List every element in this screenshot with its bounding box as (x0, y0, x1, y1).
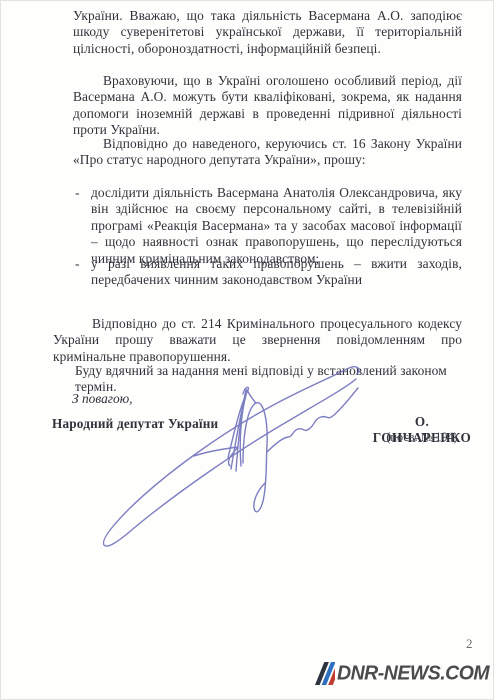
paragraph-article-214: Відповідно до ст. 214 Кримінального проц… (53, 316, 462, 365)
watermark-text: DNR-NEWS.COM (337, 661, 489, 685)
bullet-dash: - (75, 256, 91, 289)
paragraph-thanks: Буду вдячний за надання мені відповіді у… (75, 363, 475, 396)
closing-regards: З повагою, (72, 391, 133, 407)
bullet-dash: - (75, 185, 91, 267)
bullet-item-measures: - у разі виявлення таких правопорушень –… (75, 256, 462, 289)
watermark-stripes-icon (305, 662, 335, 685)
bullet-text: у разі виявлення таких правопорушень – в… (91, 256, 462, 289)
page-number: 2 (466, 636, 473, 652)
bullet-text: дослідити діяльність Васермана Анатолія … (91, 185, 462, 267)
sender-credential: (посв. № 104) (367, 430, 477, 445)
paragraph-request-intro: Відповідно до наведеного, керуючись ст. … (73, 136, 462, 169)
sender-title: Народний депутат України (52, 416, 218, 432)
paragraph-special-period: Враховуючи, що в Україні оголошено особл… (73, 73, 462, 139)
watermark-logo: DNR-NEWS.COM (305, 662, 489, 685)
bullet-item-investigate: - дослідити діяльність Васермана Анатолі… (75, 185, 462, 267)
scanned-letter-page: України. Вважаю, що така діяльність Васе… (0, 0, 494, 700)
paragraph-continuation: України. Вважаю, що така діяльність Васе… (73, 8, 462, 57)
